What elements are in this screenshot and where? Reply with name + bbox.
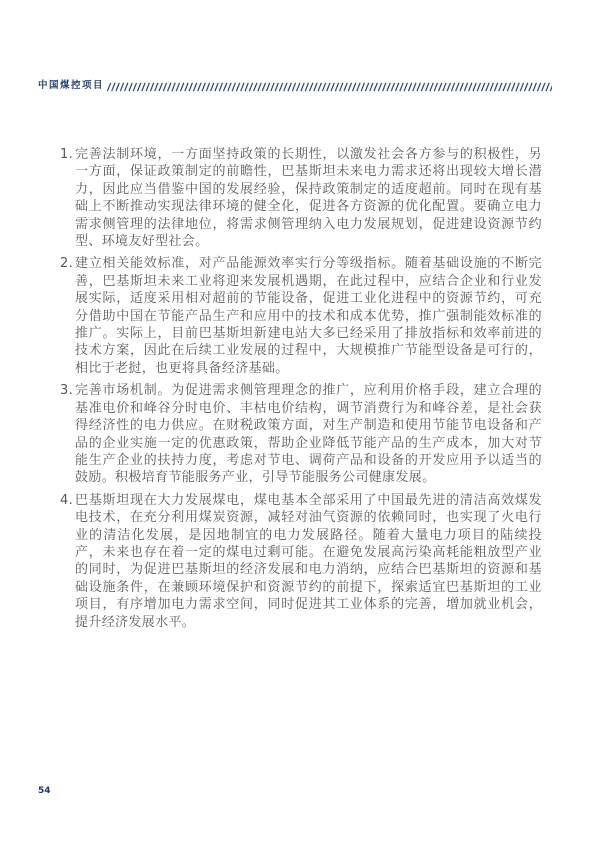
document-page: 中国煤控项目 1. 完善法制环境，一方面坚持政策的长期性，以激发社会各方参与的积… <box>0 0 600 848</box>
paragraph-text: 完善法制环境，一方面坚持政策的长期性，以激发社会各方参与的积极性，另一方面，保证… <box>75 146 542 250</box>
paragraph-text: 完善市场机制。为促进需求侧管理理念的推广，应利用价格手段，建立合理的基准电价和峰… <box>75 382 542 486</box>
page-number: 54 <box>38 786 51 797</box>
paragraph-text: 建立相关能效标准，对产品能源效率实行分等级指标。随着基础设施的不断完善，巴基斯坦… <box>75 255 542 377</box>
paragraph-item: 2. 建立相关能效标准，对产品能源效率实行分等级指标。随着基础设施的不断完善，巴… <box>60 255 542 377</box>
paragraph-number: 2. <box>60 255 75 377</box>
paragraph-item: 3. 完善市场机制。为促进需求侧管理理念的推广，应利用价格手段，建立合理的基准电… <box>60 382 542 486</box>
paragraph-number: 4. <box>60 492 75 631</box>
paragraph-number: 3. <box>60 382 75 486</box>
paragraph-item: 1. 完善法制环境，一方面坚持政策的长期性，以激发社会各方参与的积极性，另一方面… <box>60 146 542 250</box>
header-title: 中国煤控项目 <box>38 80 104 92</box>
body-text-block: 1. 完善法制环境，一方面坚持政策的长期性，以激发社会各方参与的积极性，另一方面… <box>60 146 542 636</box>
paragraph-number: 1. <box>60 146 75 250</box>
paragraph-text: 巴基斯坦现在大力发展煤电，煤电基本全部采用了中国最先进的清洁高效煤发电技术，在充… <box>75 492 542 631</box>
hatch-pattern-rule <box>107 82 552 92</box>
paragraph-item: 4. 巴基斯坦现在大力发展煤电，煤电基本全部采用了中国最先进的清洁高效煤发电技术… <box>60 492 542 631</box>
